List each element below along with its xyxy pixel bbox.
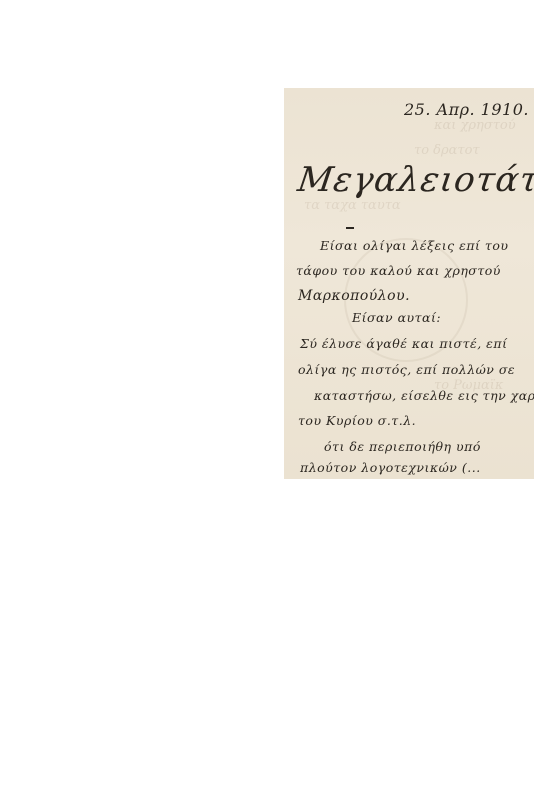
letter-line: του Κυρίου σ.τ.λ. xyxy=(298,413,416,428)
bleed-through-text: και χρηστού xyxy=(434,118,516,133)
page-background: και χρηστού το δρατοτ τα ταχα ταυτα το Ρ… xyxy=(0,0,549,800)
bleed-through-text: το δρατοτ xyxy=(414,143,480,158)
letter-line: καταστήσω, είσελθε εις την χαράν xyxy=(314,388,534,403)
handwritten-letter: και χρηστού το δρατοτ τα ταχα ταυτα το Ρ… xyxy=(284,88,534,479)
letter-line: πλούτον λογοτεχνικών (... xyxy=(300,460,481,475)
letter-salutation: Μεγαλειοτάτη, xyxy=(295,160,534,200)
letter-line: Σύ έλυσε άγαθέ και πιστέ, επί xyxy=(300,336,507,351)
bleed-through-text: τα ταχα ταυτα xyxy=(304,198,401,213)
ink-dash xyxy=(346,227,354,229)
letter-line: Είσαν αυταί: xyxy=(352,310,441,325)
letter-line: τάφου του καλού και χρηστού xyxy=(296,263,501,278)
letter-line: Μαρκοπούλου. xyxy=(298,288,410,304)
letter-date: 25. Απρ. 1910. xyxy=(404,100,529,119)
letter-line: ολίγα ης πιστός, επί πολλών σε xyxy=(298,362,515,377)
letter-line: ότι δε περιεποιήθη υπό xyxy=(324,439,481,454)
letter-line: Είσαι ολίγαι λέξεις επί του xyxy=(320,238,508,253)
